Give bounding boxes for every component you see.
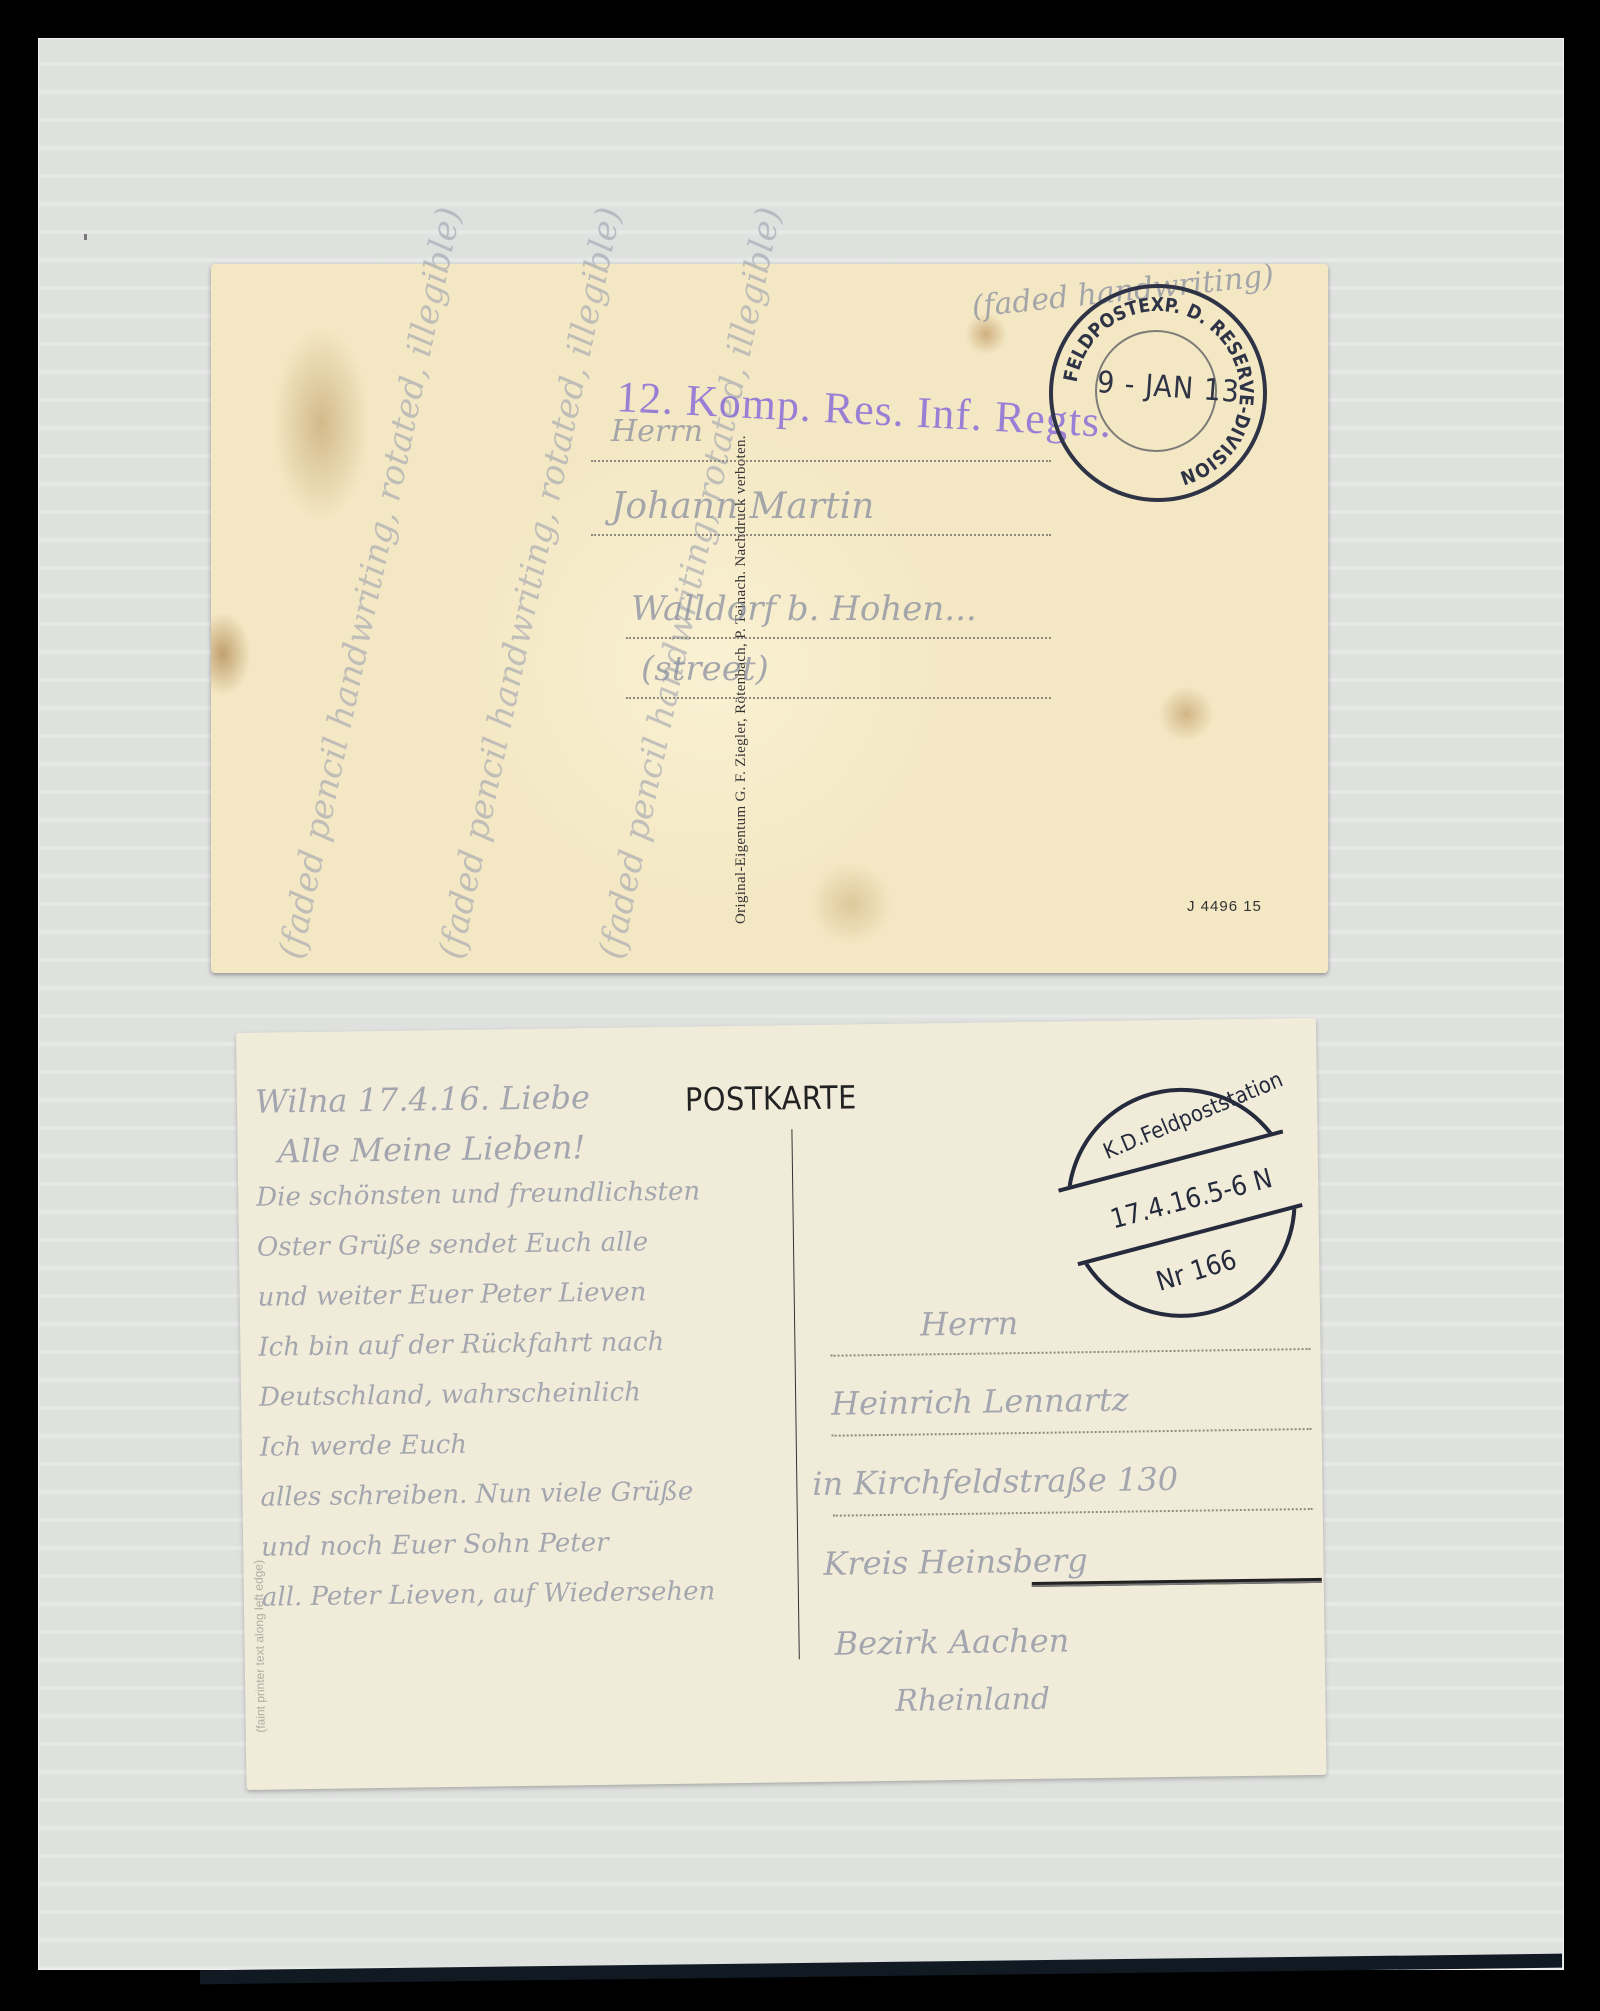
- message-line: Wilna 17.4.16. Liebe: [255, 1078, 590, 1121]
- address-line: [833, 1508, 1313, 1517]
- address-line-text: (street): [641, 649, 769, 689]
- message-line: Oster Grüße sendet Euch alle: [257, 1227, 649, 1262]
- postkarte-heading: POSTKARTE: [685, 1078, 857, 1118]
- postcard-back-1: (faded pencil handwriting, rotated, ille…: [211, 264, 1328, 973]
- message-line: all. Peter Lieven, auf Wiedersehen: [262, 1576, 716, 1612]
- handwritten-message-line: (faded pencil handwriting, rotated, ille…: [591, 204, 790, 963]
- address-line-text: Kreis Heinsberg: [823, 1541, 1088, 1583]
- address-line: [591, 460, 1051, 462]
- address-line-text: Heinrich Lennartz: [831, 1381, 1129, 1423]
- address-line: [831, 1348, 1311, 1357]
- handwritten-message-line: (faded pencil handwriting, rotated, ille…: [431, 204, 630, 963]
- message-line: Die schönsten und freundlichsten: [256, 1177, 700, 1213]
- postmark-feldpost: FELDPOSTEXP. D. RESERVE-DIVISION 9 - JAN…: [1049, 284, 1267, 502]
- message-line: und weiter Euer Peter Lieven: [257, 1277, 646, 1312]
- handwritten-message-line: (faded pencil handwriting, rotated, ille…: [271, 204, 470, 963]
- card-divider-line: [791, 1129, 799, 1659]
- address-line-text: Walldorf b. Hohen...: [631, 589, 977, 629]
- message-line: und noch Euer Sohn Peter: [261, 1528, 609, 1563]
- address-line-text: Herrn: [611, 414, 703, 449]
- postcard-back-2: POSTKARTE Wilna 17.4.16. Liebe Alle Mein…: [236, 1018, 1326, 1790]
- side-print: (faint printer text along left edge): [251, 1560, 267, 1733]
- message-line: Alle Meine Lieben!: [277, 1128, 585, 1170]
- address-line: [832, 1428, 1312, 1437]
- address-line-text: Rheinland: [895, 1682, 1050, 1719]
- postmark-feldpoststation: K.D.Feldpoststation 17.4.16.5-6 N Nr 166: [1065, 1086, 1298, 1319]
- message-line: Ich bin auf der Rückfahrt nach: [258, 1327, 664, 1363]
- address-line-text: Johann Martin: [611, 486, 874, 527]
- address-line: [626, 637, 1051, 639]
- address-line-text: Herrn: [920, 1304, 1019, 1343]
- catalog-code: J 4496 15: [1187, 898, 1262, 915]
- address-line-text: in Kirchfeldstraße 130: [812, 1460, 1178, 1503]
- address-line: [591, 534, 1051, 536]
- address-line: [626, 697, 1051, 699]
- page-mark: [84, 234, 87, 240]
- message-line: Deutschland, wahrscheinlich: [259, 1377, 641, 1412]
- postmark-number: Nr 166: [1153, 1244, 1241, 1297]
- address-line-text: Bezirk Aachen: [834, 1621, 1069, 1662]
- message-line: Ich werde Euch: [260, 1430, 468, 1463]
- message-line: alles schreiben. Nun viele Grüße: [260, 1477, 693, 1513]
